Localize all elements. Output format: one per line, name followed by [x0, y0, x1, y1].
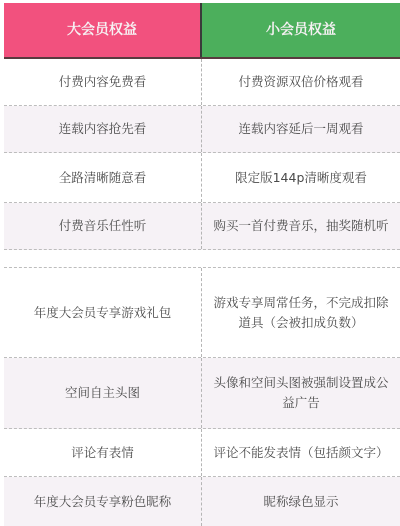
table-spacer-row [4, 250, 400, 268]
table-row: 年度大会员专享游戏礼包 游戏专享周常任务，不完成扣除道具（会被扣成负数） [4, 268, 400, 358]
header-small-member-label: 小会员权益 [266, 20, 336, 40]
table-header: 大会员权益 小会员权益 [4, 3, 400, 59]
membership-comparison-table: 大会员权益 小会员权益 付费内容免费看 付费资源双倍价格观看 连载内容抢先看 连… [4, 3, 400, 526]
small-member-benefit: 游戏专享周常任务，不完成扣除道具（会被扣成负数） [202, 268, 400, 357]
header-big-member-label: 大会员权益 [67, 20, 137, 40]
spacer-cell [4, 250, 400, 267]
header-big-member: 大会员权益 [4, 3, 202, 57]
header-small-member: 小会员权益 [202, 3, 400, 57]
big-member-benefit: 空间自主头图 [4, 358, 202, 428]
table-row: 空间自主头图 头像和空间头图被强制设置成公益广告 [4, 358, 400, 429]
table-row: 连载内容抢先看 连载内容延后一周观看 [4, 106, 400, 153]
table-row: 年度大会员专享粉色昵称 昵称绿色显示 [4, 477, 400, 526]
big-member-benefit: 付费内容免费看 [4, 59, 202, 105]
small-member-benefit: 头像和空间头图被强制设置成公益广告 [202, 358, 400, 428]
table-row: 付费内容免费看 付费资源双倍价格观看 [4, 59, 400, 106]
big-member-benefit: 连载内容抢先看 [4, 106, 202, 152]
small-member-benefit: 购买一首付费音乐，抽奖随机听 [202, 203, 400, 249]
small-member-benefit: 连载内容延后一周观看 [202, 106, 400, 152]
big-member-benefit: 年度大会员专享粉色昵称 [4, 477, 202, 526]
big-member-benefit: 全路清晰随意看 [4, 153, 202, 202]
table-row: 付费音乐任性听 购买一首付费音乐，抽奖随机听 [4, 203, 400, 250]
table-row: 全路清晰随意看 限定版144p清晰度观看 [4, 153, 400, 203]
small-member-benefit: 评论不能发表情（包括颜文字） [202, 429, 400, 476]
big-member-benefit: 评论有表情 [4, 429, 202, 476]
table-row: 评论有表情 评论不能发表情（包括颜文字） [4, 429, 400, 477]
small-member-benefit: 付费资源双倍价格观看 [202, 59, 400, 105]
small-member-benefit: 限定版144p清晰度观看 [202, 153, 400, 202]
big-member-benefit: 付费音乐任性听 [4, 203, 202, 249]
small-member-benefit: 昵称绿色显示 [202, 477, 400, 526]
big-member-benefit: 年度大会员专享游戏礼包 [4, 268, 202, 357]
